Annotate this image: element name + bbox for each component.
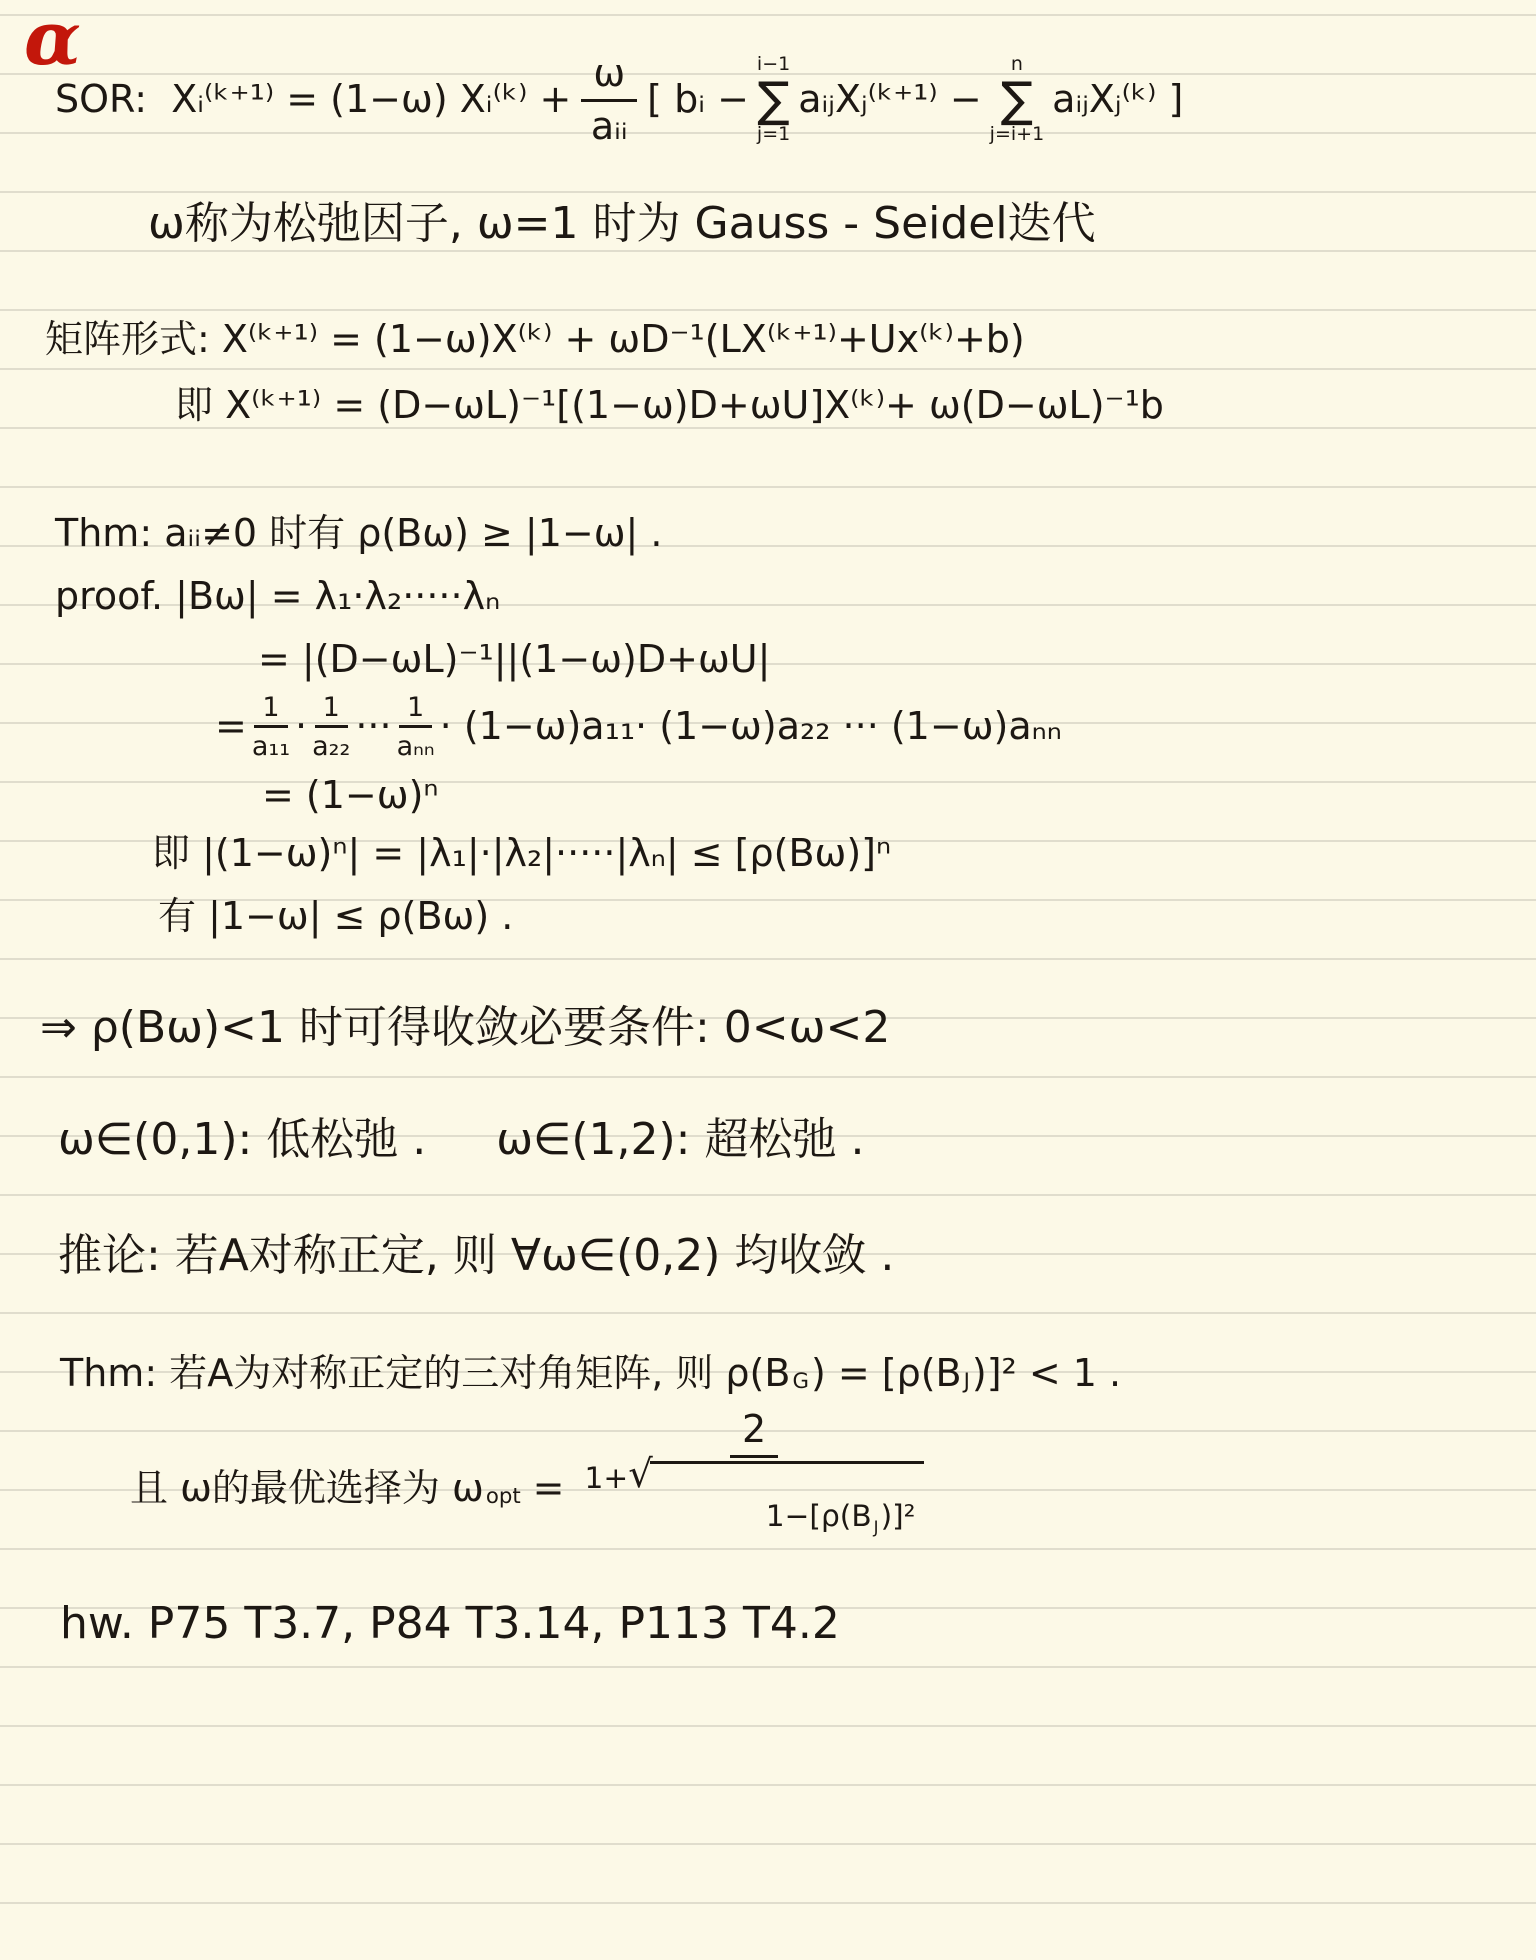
sor-formula: SOR: Xᵢ⁽ᵏ⁺¹⁾ = (1−ω) Xᵢ⁽ᵏ⁾ + ω aᵢᵢ [ bᵢ …	[55, 52, 1183, 148]
subscript-J: J	[874, 1518, 879, 1537]
dot-operator: ·	[295, 703, 307, 751]
proof-line3: = 1 a₁₁ · 1 a₂₂ ··· 1 aₙₙ · (1−ω)a₁₁· (1…	[215, 692, 1062, 762]
square-root: √ 1−[ρ(BJ)]²	[628, 1461, 923, 1569]
sum-j1-to-i-minus-1: i−1 ∑ j=1	[757, 54, 790, 146]
sor-lhs: SOR: Xᵢ⁽ᵏ⁺¹⁾ = (1−ω) Xᵢ⁽ᵏ⁾ +	[55, 76, 571, 124]
one-over-a11-fraction: 1 a₁₁	[252, 692, 290, 762]
fraction-denominator: aᵢᵢ	[591, 102, 628, 149]
theorem2-mid: ) = [ρ(B	[811, 1350, 962, 1398]
equals-sign: =	[533, 1465, 565, 1513]
sigma-icon: ∑	[757, 76, 789, 124]
radical-icon: √	[628, 1456, 653, 1495]
sum-j-i-plus-1-to-n: n ∑ j=i+1	[990, 54, 1045, 146]
sum-lower-limit: j=i+1	[990, 124, 1045, 146]
fraction-numerator: ω	[581, 52, 637, 102]
ellipsis-dots: ···	[355, 703, 391, 751]
one-over-ann-fraction: 1 aₙₙ	[397, 692, 435, 762]
proof-line6: 有 |1−ω| ≤ ρ(Bω) .	[158, 893, 513, 941]
omega-opt-line: 且 ω的最优选择为 ωopt = 2 1+ √ 1−[ρ(BJ)]²	[130, 1408, 934, 1569]
relaxation-factor-note: ω称为松弛因子, ω=1 时为 Gauss - Seidel迭代	[148, 196, 1096, 251]
sor-term2: aᵢⱼXⱼ⁽ᵏ⁾ ]	[1052, 76, 1183, 124]
denominator-lead: 1+	[585, 1461, 629, 1495]
radicand: 1−[ρ(BJ)]²	[650, 1461, 924, 1569]
proof-line2: = |(D−ωL)⁻¹||(1−ω)D+ωU|	[258, 636, 770, 684]
fraction-numerator: 2	[730, 1408, 778, 1458]
omega-over-aii-fraction: ω aᵢᵢ	[581, 52, 637, 148]
notebook-page: α SOR: Xᵢ⁽ᵏ⁺¹⁾ = (1−ω) Xᵢ⁽ᵏ⁾ + ω aᵢᵢ [ b…	[0, 0, 1536, 1960]
homework-line: hw. P75 T3.7, P84 T3.14, P113 T4.2	[60, 1596, 840, 1651]
equals-sign: =	[215, 703, 247, 751]
theorem2-pre: Thm: 若A为对称正定的三对角矩阵, 则 ρ(B	[60, 1350, 790, 1398]
subscript-J: J	[964, 1369, 970, 1396]
proof-line3-tail: · (1−ω)a₁₁· (1−ω)a₂₂ ··· (1−ω)aₙₙ	[440, 703, 1062, 751]
proof-line5: 即 |(1−ω)ⁿ| = |λ₁|·|λ₂|·····|λₙ| ≤ [ρ(Bω)…	[152, 830, 891, 878]
matrix-form-line1: 矩阵形式: X⁽ᵏ⁺¹⁾ = (1−ω)X⁽ᵏ⁾ + ωD⁻¹(LX⁽ᵏ⁺¹⁾+…	[45, 316, 1025, 364]
omega-opt-fraction: 2 1+ √ 1−[ρ(BJ)]²	[585, 1408, 924, 1569]
relaxation-ranges-line: ω∈(0,1): 低松弛 . ω∈(1,2): 超松弛 .	[58, 1112, 864, 1167]
theorem2-statement: Thm: 若A为对称正定的三对角矩阵, 则 ρ(BG) = [ρ(BJ)]² <…	[60, 1350, 1121, 1398]
fraction-denominator: 1+ √ 1−[ρ(BJ)]²	[585, 1458, 924, 1569]
matrix-form-line2: 即 X⁽ᵏ⁺¹⁾ = (D−ωL)⁻¹[(1−ω)D+ωU]X⁽ᵏ⁾+ ω(D−…	[175, 382, 1164, 430]
sor-bracket-open: [ bᵢ −	[647, 76, 749, 124]
necessary-condition-line: ⇒ ρ(Bω)<1 时可得收敛必要条件: 0<ω<2	[40, 1000, 890, 1055]
proof-line1: proof. |Bω| = λ₁·λ₂·····λₙ	[55, 573, 500, 621]
corollary-line: 推论: 若A对称正定, 则 ∀ω∈(0,2) 均收敛 .	[58, 1228, 894, 1283]
theorem2-post: )]² < 1 .	[972, 1350, 1121, 1398]
proof-line4: = (1−ω)ⁿ	[262, 772, 439, 820]
subscript-opt: opt	[486, 1484, 521, 1511]
subscript-G: G	[792, 1369, 808, 1396]
sor-term1: aᵢⱼXⱼ⁽ᵏ⁺¹⁾ −	[798, 76, 981, 124]
one-over-a22-fraction: 1 a₂₂	[312, 692, 350, 762]
theorem1-statement: Thm: aᵢᵢ≠0 时有 ρ(Bω) ≥ |1−ω| .	[55, 510, 663, 558]
sum-lower-limit: j=1	[757, 124, 790, 146]
sigma-icon: ∑	[1001, 76, 1033, 124]
omega-opt-pre: 且 ω的最优选择为 ω	[130, 1465, 484, 1513]
